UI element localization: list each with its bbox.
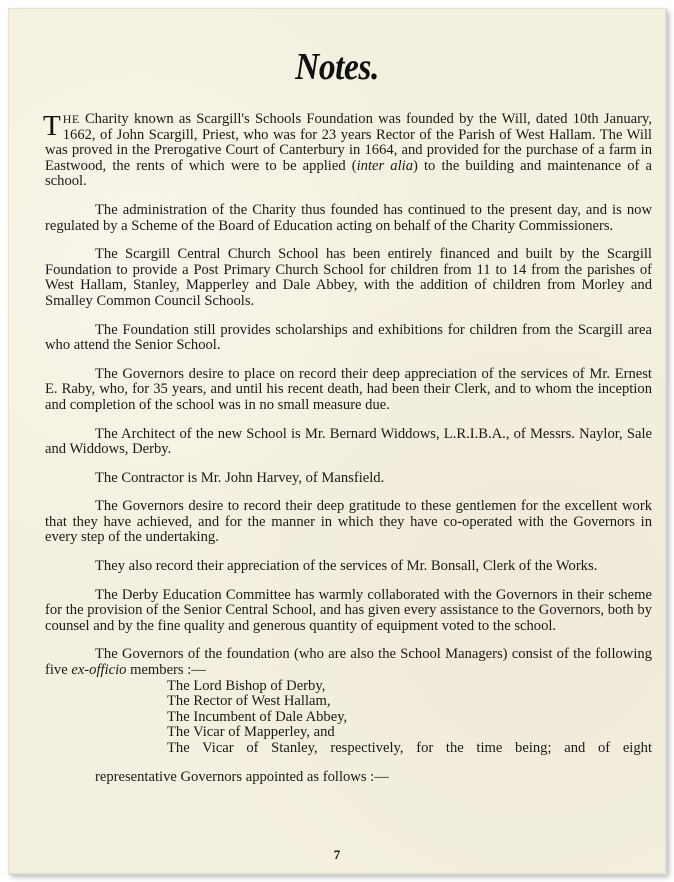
closing-line: representative Governors appointed as fo… [45, 770, 652, 786]
drop-cap: T [43, 114, 61, 138]
paragraph-clerk-appreciation: The Governors desire to place on record … [45, 367, 652, 414]
paragraph-governors: The Governors of the foundation (who are… [45, 647, 652, 678]
page-title: Notes. [48, 45, 625, 89]
list-item: The Incumbent of Dale Abbey, [167, 710, 652, 726]
paragraph-scholarships: The Foundation still provides scholarshi… [45, 323, 652, 354]
list-item: The Vicar of Mapperley, and [167, 725, 652, 741]
ex-officio-members-list: The Lord Bishop of Derby, The Rector of … [45, 679, 652, 741]
paragraph-administration: The administration of the Charity thus f… [45, 203, 652, 234]
page-number: 7 [9, 847, 665, 863]
list-item: The Lord Bishop of Derby, [167, 679, 652, 695]
paragraph-lead: HE [63, 112, 80, 126]
paragraph-education-committee: The Derby Education Committee has warmly… [45, 588, 652, 635]
list-item: The Rector of West Hallam, [167, 694, 652, 710]
paragraph-contractor: The Contractor is Mr. John Harvey, of Ma… [45, 471, 652, 487]
paragraph-gratitude: The Governors desire to record their dee… [45, 499, 652, 546]
paragraph-foundation-history: THE Charity known as Scargill's Schools … [45, 112, 652, 190]
last-member-line: The Vicar of Stanley, respectively, for … [45, 741, 652, 757]
document-page: Notes. THE Charity known as Scargill's S… [8, 8, 666, 874]
governors-text-end: members :— [126, 662, 205, 678]
paragraph-school-financing: The Scargill Central Church School has b… [45, 247, 652, 309]
notes-body: THE Charity known as Scargill's Schools … [45, 112, 652, 798]
italic-phrase: inter alia [357, 158, 413, 174]
italic-phrase: ex-officio [71, 662, 126, 678]
paragraph-architect: The Architect of the new School is Mr. B… [45, 427, 652, 458]
paragraph-clerk-of-works: They also record their appreciation of t… [45, 559, 652, 575]
